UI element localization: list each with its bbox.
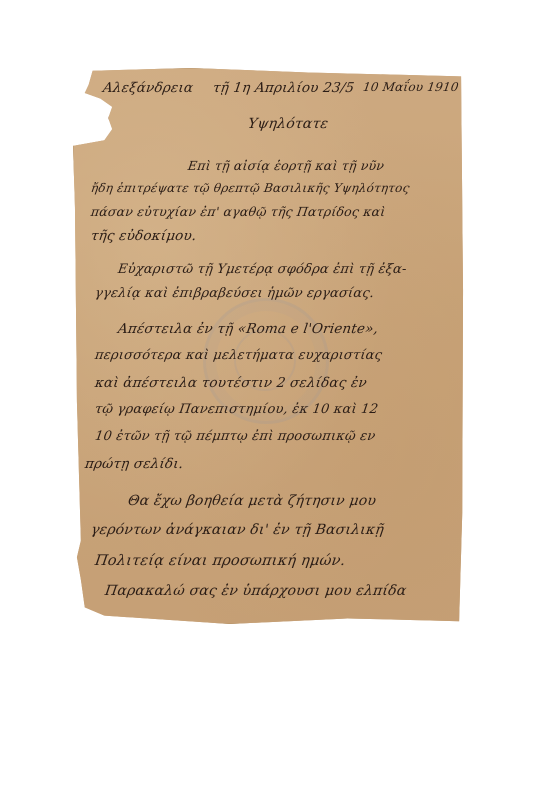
letter-line-1: Επὶ τῇ αἰσίᾳ ἑορτῇ καὶ τῇ νῦν — [187, 158, 385, 173]
letter-line-5: Εὐχαριστῶ τῇ Υμετέρᾳ σφόδρα ἐπὶ τῇ ἐξα- — [117, 262, 408, 277]
letter-line-11: 10 ἐτῶν τῇ τῷ πέμπτῳ ἐπὶ προσωπικῷ εν — [94, 429, 376, 444]
scanned-page: Αλεξάνδρεια τῇ 1η Απριλίου 23/5 10 Μαΐου… — [0, 0, 549, 800]
salutation: Υψηλότατε — [247, 116, 329, 132]
letter-line-13: Θα ἔχω βοηθεία μετὰ ζήτησιν μου — [127, 493, 377, 509]
letter-line-10: τῷ γραφείῳ Πανεπιστημίου, ἐκ 10 καὶ 12 — [94, 402, 379, 417]
letter-line-15: Πολιτείᾳ είναι προσωπική ημών. — [94, 553, 347, 569]
header-year: 10 Μαΐου 1910 — [362, 80, 460, 94]
letter-line-9: καὶ ἀπέστειλα τουτέστιν 2 σελίδας ἐν — [94, 375, 368, 391]
letter-line-3: πάσαν εὐτυχίαν ἐπ' αγαθῷ τῆς Πατρίδος κα… — [90, 204, 387, 219]
letter-line-8: περισσότερα καὶ μελετήματα ευχαριστίας — [94, 348, 383, 363]
letter-line-12: πρώτῃ σελίδι. — [84, 456, 185, 472]
header-place: Αλεξάνδρεια — [102, 80, 194, 96]
header-date: τῇ 1η Απριλίου 23/5 — [212, 80, 356, 96]
letter-line-7: Απέστειλα ἐν τῇ «Roma e l'Oriente», — [117, 321, 379, 337]
letter-line-14: γερόντων ἀνάγκαιαν δι' ἐν τῇ Βασιλικῇ — [90, 522, 385, 538]
paper-stain — [87, 100, 109, 138]
letter-line-6: γγελίᾳ καὶ ἐπιβραβεύσει ἡμῶν εργασίας. — [94, 286, 375, 301]
letter-line-4: τῆς εὐδοκίμου. — [90, 228, 198, 244]
letter-line-16: Παρακαλώ σας ἐν ὑπάρχουσι μου ελπίδα — [104, 583, 408, 599]
letter-paper: Αλεξάνδρεια τῇ 1η Απριλίου 23/5 10 Μαΐου… — [73, 68, 465, 624]
letter-line-2: ἤδη ἐπιτρέψατε τῷ θρεπτῷ Βασιλικῆς Υψηλό… — [90, 181, 411, 195]
